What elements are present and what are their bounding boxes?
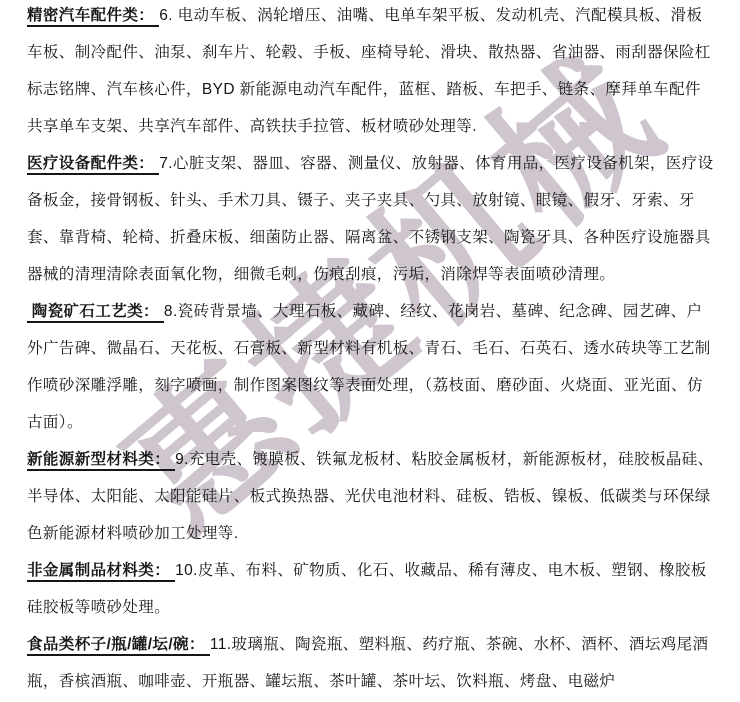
category-paragraph-food-containers: 食品类杯子/瓶/罐/坛/碗：11.玻璃瓶、陶瓷瓶、塑料瓶、药疗瓶、茶碗、水杯、酒… [27, 626, 715, 700]
document-content: 精密汽车配件类：6. 电动车板、涡轮增压、油嘴、电单车架平板、发动机壳、汽配模具… [27, 0, 715, 700]
document-page: 惠捷机械 精密汽车配件类：6. 电动车板、涡轮增压、油嘴、电单车架平板、发动机壳… [0, 0, 740, 702]
category-paragraph-non-metal-materials: 非金属制品材料类：10.皮革、布料、矿物质、化石、收藏品、稀有薄皮、电木板、塑钢… [27, 552, 715, 626]
category-paragraph-ceramic-stone: 陶瓷矿石工艺类：8.瓷砖背景墙、大理石板、藏碑、经纹、花岗岩、墓碑、纪念碑、园艺… [27, 293, 715, 441]
category-heading: 非金属制品材料类： [27, 562, 175, 582]
category-paragraph-medical-equipment: 医疗设备配件类：7.心脏支架、器皿、容器、测量仪、放射器、体育用品，医疗设备机架… [27, 145, 715, 293]
category-heading: 食品类杯子/瓶/罐/坛/碗： [27, 636, 210, 656]
category-heading: 新能源新型材料类： [27, 451, 175, 471]
category-heading: 精密汽车配件类： [27, 7, 159, 27]
category-paragraph-auto-parts: 精密汽车配件类：6. 电动车板、涡轮增压、油嘴、电单车架平板、发动机壳、汽配模具… [27, 0, 715, 145]
category-heading: 陶瓷矿石工艺类： [27, 303, 164, 323]
category-heading: 医疗设备配件类： [27, 155, 159, 175]
category-paragraph-new-energy-materials: 新能源新型材料类：9.充电壳、镀膜板、铁氟龙板材、粘胶金属板材，新能源板材，硅胶… [27, 441, 715, 552]
